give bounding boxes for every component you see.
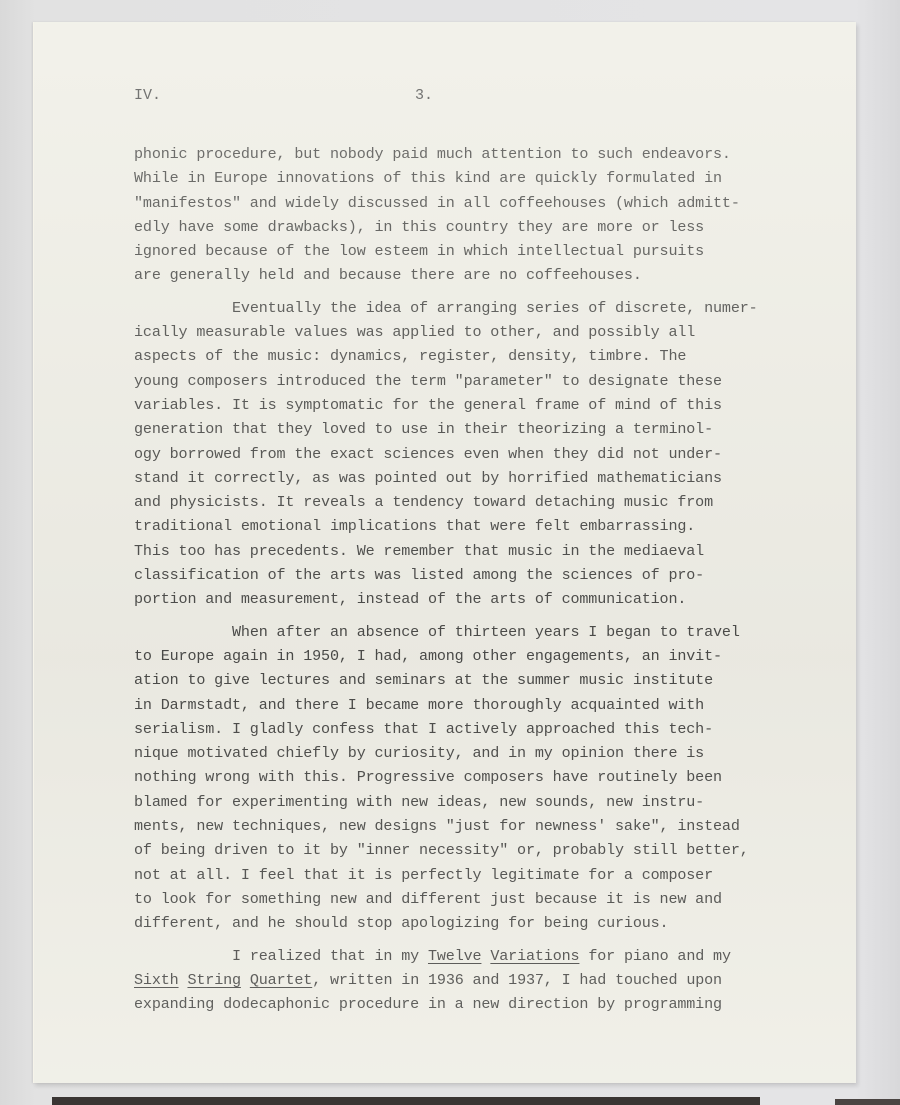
text-line: to Europe again in 1950, I had, among ot…	[134, 644, 854, 668]
underlined-title-word: Variations	[490, 947, 579, 965]
text-line: expanding dodecaphonic procedure in a ne…	[134, 992, 854, 1016]
text-line: Eventually the idea of arranging series …	[134, 296, 854, 320]
text-line: variables. It is symptomatic for the gen…	[134, 393, 854, 417]
paragraph-gap	[134, 288, 854, 296]
text-line: generation that they loved to use in the…	[134, 417, 854, 441]
text-line: When after an absence of thirteen years …	[134, 620, 854, 644]
text-line: "manifestos" and widely discussed in all…	[134, 191, 854, 215]
text-line: of being driven to it by "inner necessit…	[134, 838, 854, 862]
text-line: aspects of the music: dynamics, register…	[134, 344, 854, 368]
underlined-title-word: Twelve	[428, 947, 481, 965]
text-line: ically measurable values was applied to …	[134, 320, 854, 344]
underlined-title-word: Quartet	[250, 971, 312, 989]
paragraph: Eventually the idea of arranging series …	[134, 296, 854, 612]
text-line: ation to give lectures and seminars at t…	[134, 668, 854, 692]
text-line: This too has precedents. We remember tha…	[134, 539, 854, 563]
underlined-title-word: String	[187, 971, 240, 989]
page-header: IV. 3.	[134, 87, 834, 109]
text-line: different, and he should stop apologizin…	[134, 911, 854, 935]
paragraph: I realized that in my Twelve Variations …	[134, 944, 854, 1017]
scan-bottom-edge	[52, 1097, 760, 1105]
text-line: ogy borrowed from the exact sciences eve…	[134, 442, 854, 466]
scan-bottom-edge-right	[835, 1099, 900, 1105]
text-line: I realized that in my Twelve Variations …	[134, 944, 854, 968]
text-line: edly have some drawbacks), in this count…	[134, 215, 854, 239]
paragraph: phonic procedure, but nobody paid much a…	[134, 142, 854, 288]
section-label: IV.	[134, 87, 161, 104]
page-number: 3.	[415, 87, 433, 104]
underlined-title-word: Sixth	[134, 971, 179, 989]
paragraph: When after an absence of thirteen years …	[134, 620, 854, 936]
text-line: serialism. I gladly confess that I activ…	[134, 717, 854, 741]
text-line: and physicists. It reveals a tendency to…	[134, 490, 854, 514]
text-line: While in Europe innovations of this kind…	[134, 166, 854, 190]
paragraph-gap	[134, 612, 854, 620]
body-text: phonic procedure, but nobody paid much a…	[134, 142, 854, 1016]
text-line: Sixth String Quartet, written in 1936 an…	[134, 968, 854, 992]
text-line: classification of the arts was listed am…	[134, 563, 854, 587]
text-line: young composers introduced the term "par…	[134, 369, 854, 393]
text-line: are generally held and because there are…	[134, 263, 854, 287]
paragraph-gap	[134, 936, 854, 944]
text-line: portion and measurement, instead of the …	[134, 587, 854, 611]
text-line: nique motivated chiefly by curiosity, an…	[134, 741, 854, 765]
text-line: to look for something new and different …	[134, 887, 854, 911]
text-line: not at all. I feel that it is perfectly …	[134, 863, 854, 887]
text-line: ments, new techniques, new designs "just…	[134, 814, 854, 838]
text-line: phonic procedure, but nobody paid much a…	[134, 142, 854, 166]
text-line: ignored because of the low esteem in whi…	[134, 239, 854, 263]
text-line: stand it correctly, as was pointed out b…	[134, 466, 854, 490]
typewritten-page: IV. 3. phonic procedure, but nobody paid…	[33, 22, 856, 1083]
text-line: blamed for experimenting with new ideas,…	[134, 790, 854, 814]
text-line: traditional emotional implications that …	[134, 514, 854, 538]
text-line: nothing wrong with this. Progressive com…	[134, 765, 854, 789]
text-line: in Darmstadt, and there I became more th…	[134, 693, 854, 717]
